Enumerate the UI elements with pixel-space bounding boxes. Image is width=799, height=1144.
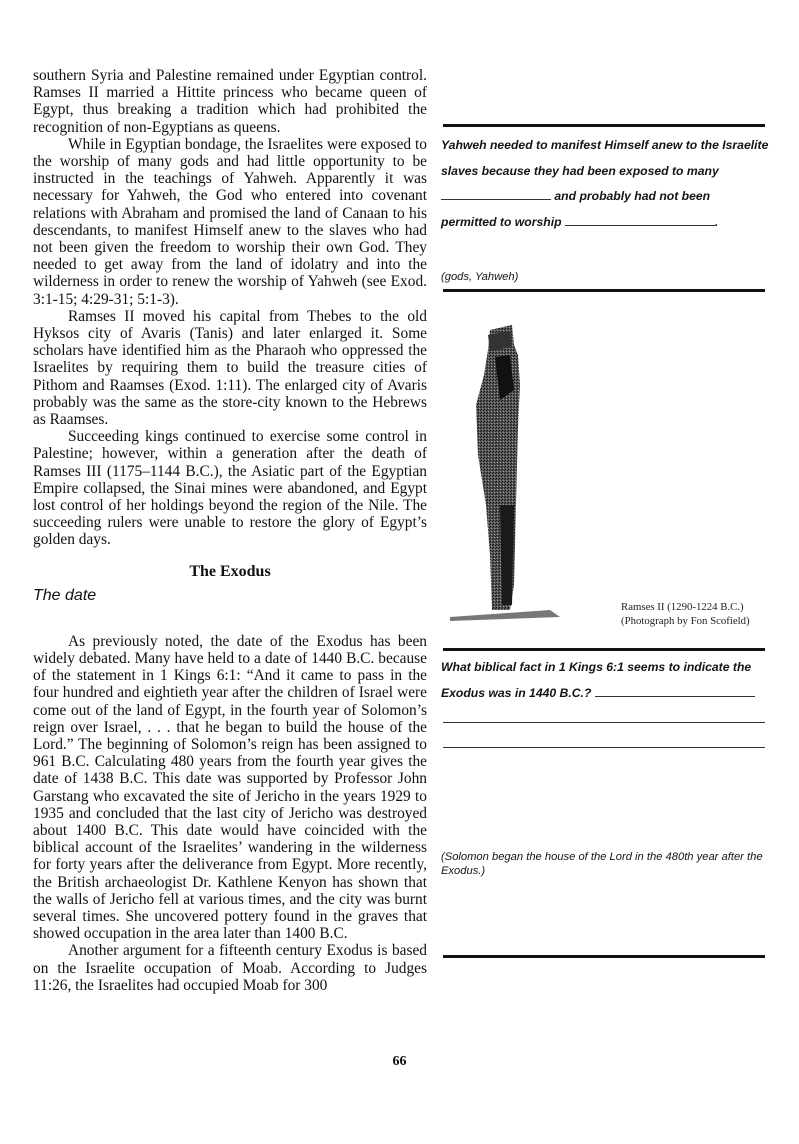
body-paragraph: Succeeding kings continued to exercise s… (33, 428, 427, 548)
sidebar-rule-q2-top (443, 648, 765, 651)
photo-caption-line2: (Photograph by Fon Scofield) (621, 614, 791, 628)
ramses-statue-photo (450, 305, 570, 625)
question-1-blank-2[interactable] (565, 213, 715, 226)
question-2: What biblical fact in 1 Kings 6:1 seems … (441, 655, 769, 706)
question-2-answer-line-2[interactable] (443, 722, 765, 723)
body-paragraph: As previously noted, the date of the Exo… (33, 633, 427, 943)
question-1: Yahweh needed to manifest Himself anew t… (441, 133, 769, 235)
paragraphs-before-heading: southern Syria and Palestine remained un… (33, 67, 427, 549)
page-number: 66 (0, 1054, 799, 1070)
question-1-blank-1[interactable] (441, 187, 551, 200)
section-heading: The Exodus (33, 563, 427, 581)
subheading: The date (33, 587, 427, 605)
photo-caption: Ramses II (1290-1224 B.C.) (Photograph b… (621, 600, 791, 628)
photo-caption-line1: Ramses II (1290-1224 B.C.) (621, 600, 791, 614)
body-paragraph: Ramses II moved his capital from Thebes … (33, 308, 427, 428)
question-2-answer: (Solomon began the house of the Lord in … (441, 850, 769, 878)
question-1-part1: Yahweh needed to manifest Himself anew t… (441, 138, 768, 178)
sidebar-rule-bottom (443, 955, 765, 958)
question-2-answer-line-3[interactable] (443, 747, 765, 748)
question-2-blank-1[interactable] (595, 684, 755, 697)
body-paragraph: Another argument for a fifteenth century… (33, 942, 427, 994)
sidebar-rule-top (443, 124, 765, 127)
question-1-answer: (gods, Yahweh) (441, 270, 769, 284)
body-paragraph: southern Syria and Palestine remained un… (33, 67, 427, 136)
body-paragraph: While in Egyptian bondage, the Israelite… (33, 136, 427, 308)
sidebar-rule-mid (443, 289, 765, 292)
main-text-column: southern Syria and Palestine remained un… (33, 67, 427, 994)
paragraphs-after-heading: As previously noted, the date of the Exo… (33, 633, 427, 994)
question-1-part3: . (715, 215, 718, 229)
